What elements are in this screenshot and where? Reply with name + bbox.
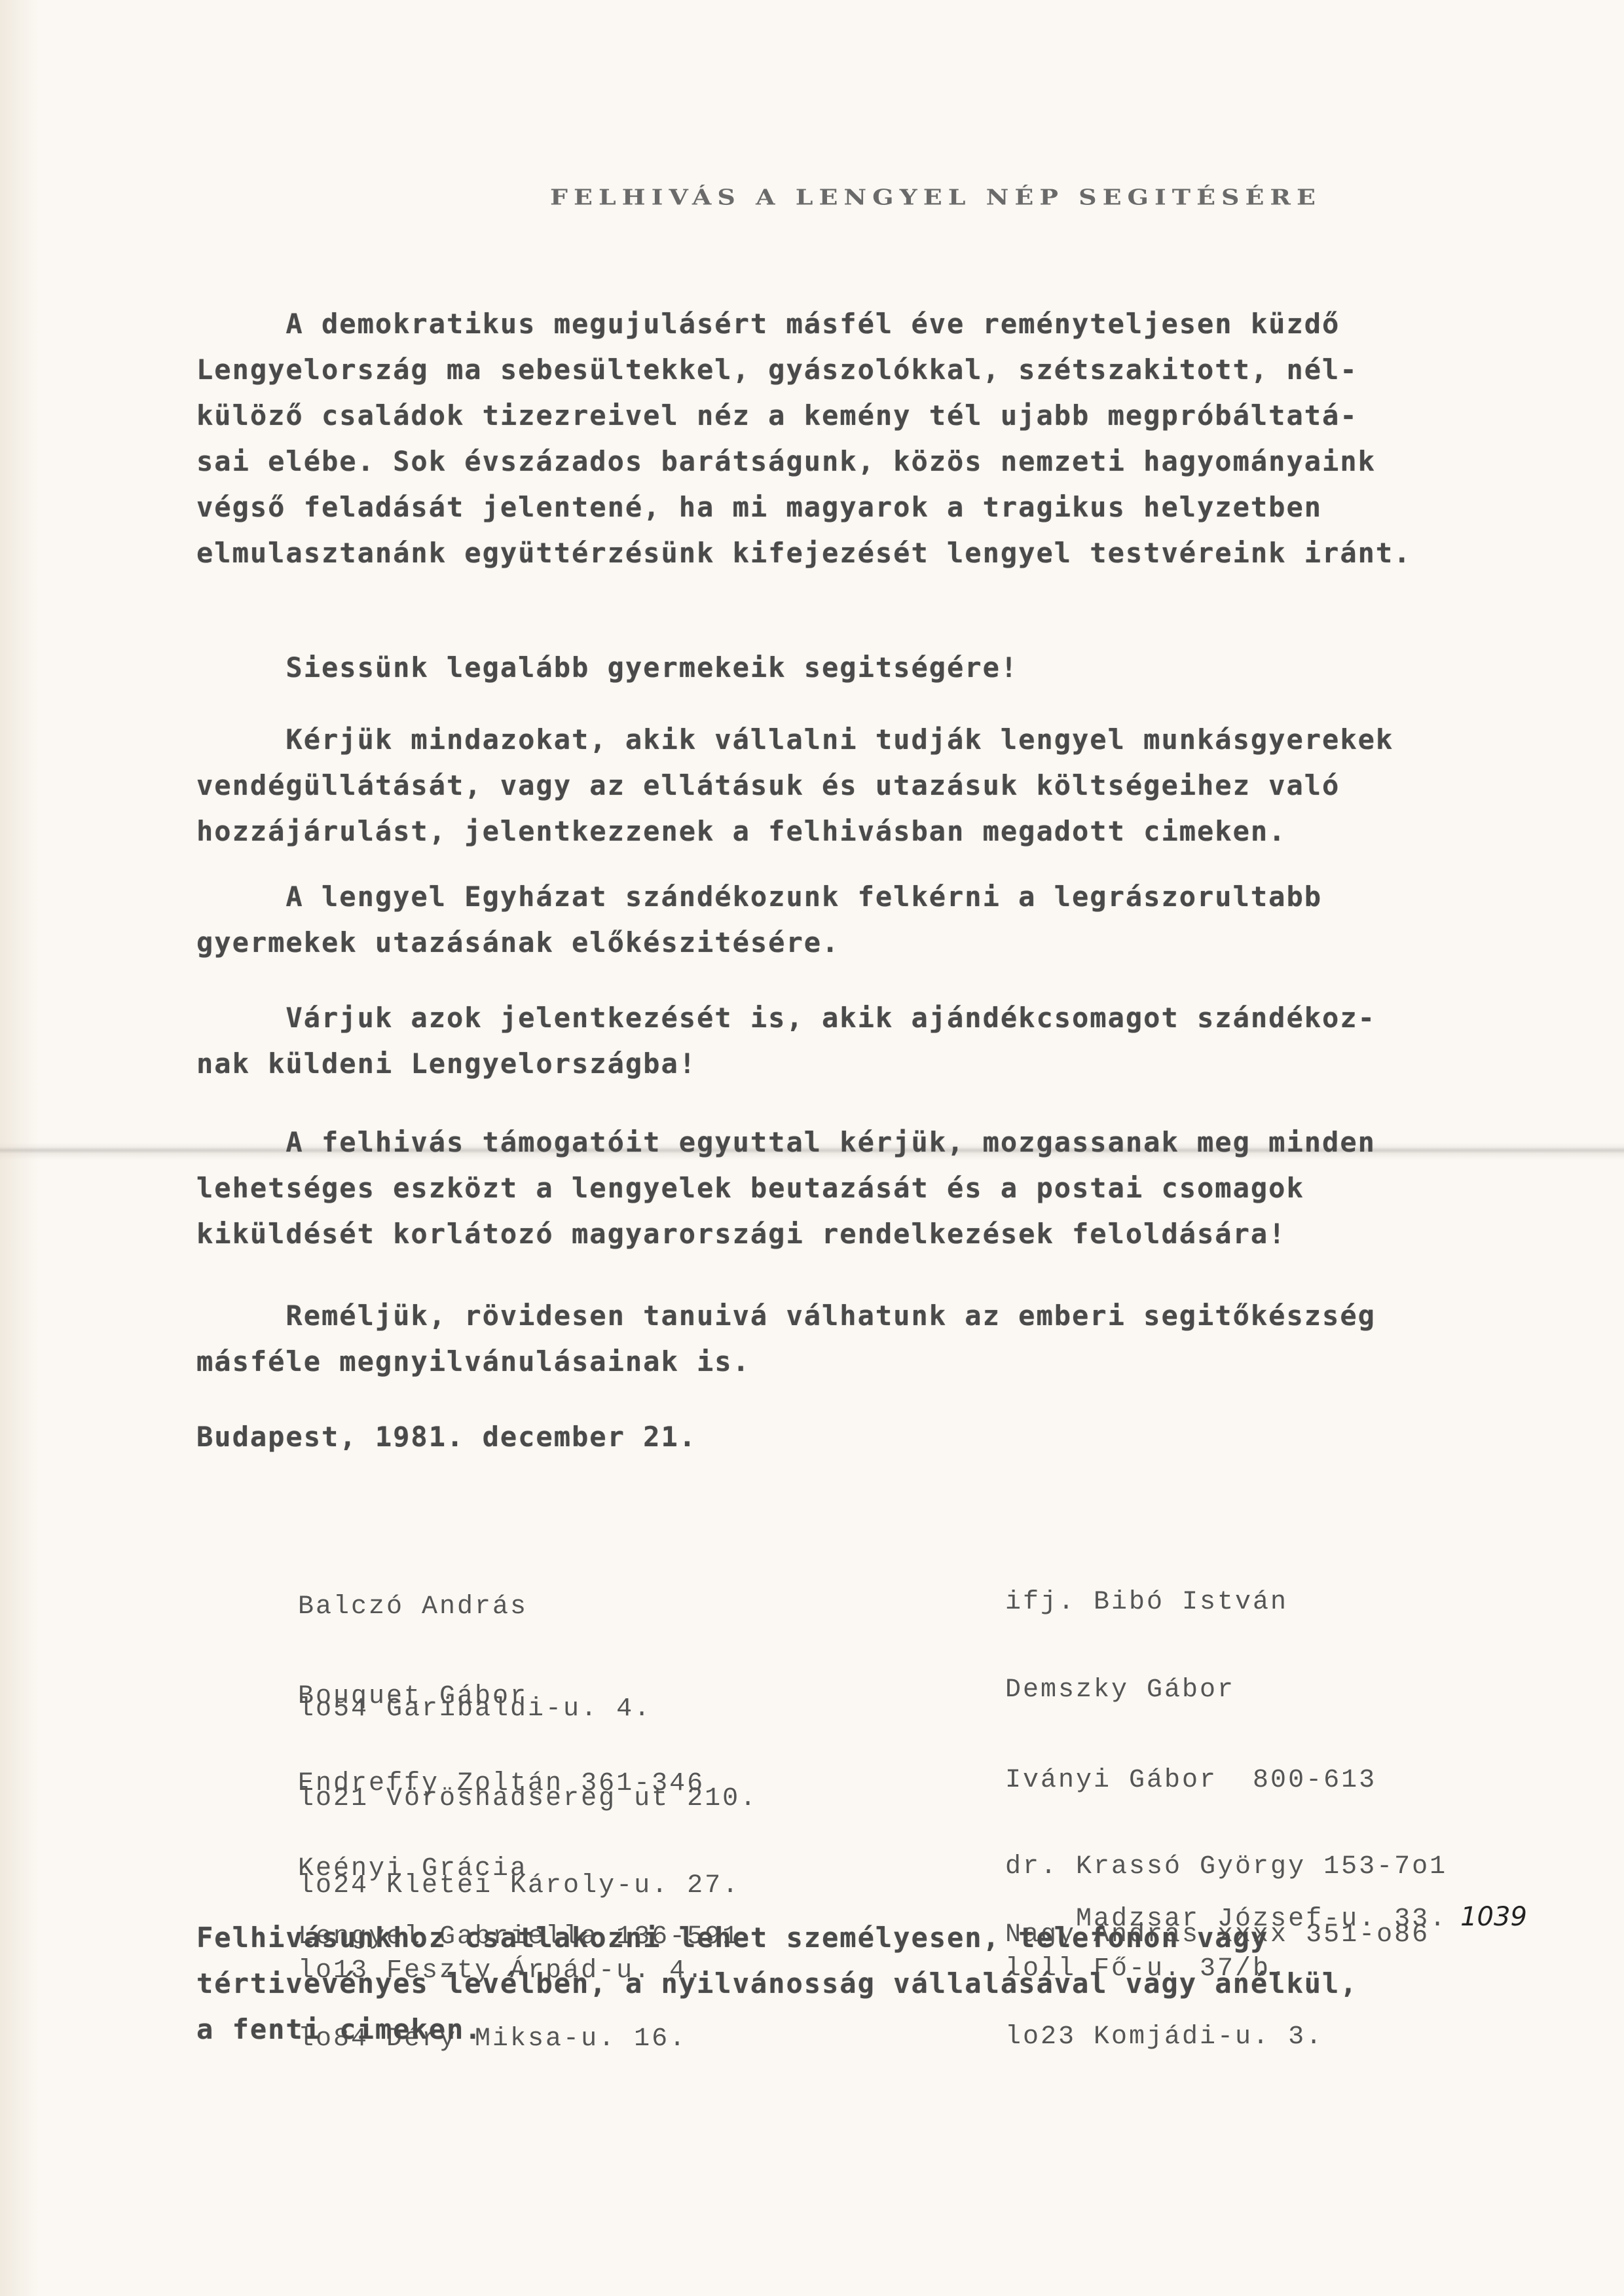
- text-line: A felhivás támogatóit egyuttal kérjük, m…: [196, 1120, 1545, 1165]
- document-title: FELHIVÁS A LENGYEL NÉP SEGITÉSÉRE: [550, 185, 1321, 210]
- text-line: nak küldeni Lengyelországba!: [196, 1041, 1545, 1087]
- text-line: vendégüllátását, vagy az ellátásuk és ut…: [196, 763, 1545, 809]
- text-line: tértivevényes levélben, a nyilvánosság v…: [196, 1961, 1545, 2007]
- text-line: elmulasztanánk együttérzésünk kifejezésé…: [196, 530, 1545, 576]
- text-line: A lengyel Egyházat szándékozunk felkérni…: [196, 874, 1545, 920]
- text-line: végső feladását jelentené, ha mi magyaro…: [196, 484, 1545, 530]
- text-line: Budapest, 1981. december 21.: [196, 1414, 1545, 1460]
- text-line: sai elébe. Sok évszázados barátságunk, k…: [196, 439, 1545, 484]
- paragraph-hope: Reméljük, rövidesen tanuivá válhatunk az…: [196, 1293, 1545, 1385]
- text-line: másféle megnyilvánulásainak is.: [196, 1339, 1545, 1385]
- paragraph-church: A lengyel Egyházat szándékozunk felkérni…: [196, 874, 1545, 966]
- text-line: Lengyelország ma sebesültekkel, gyászoló…: [196, 347, 1545, 393]
- text-line: külöző családok tizezreivel néz a kemény…: [196, 393, 1545, 439]
- paragraph-gift-packages: Várjuk azok jelentkezését is, akik ajánd…: [196, 995, 1545, 1087]
- place-date: Budapest, 1981. december 21.: [196, 1414, 1545, 1460]
- text-line: Reméljük, rövidesen tanuivá válhatunk az…: [196, 1293, 1545, 1339]
- text-line: gyermekek utazásának előkészitésére.: [196, 920, 1545, 966]
- text-line: Siessünk legalább gyermekeik segitségére…: [196, 645, 1545, 691]
- text-line: kiküldését korlátozó magyarországi rende…: [196, 1211, 1545, 1257]
- text-line: hozzájárulást, jelentkezzenek a felhivás…: [196, 809, 1545, 854]
- text-line: Kérjük mindazokat, akik vállalni tudják …: [196, 717, 1545, 763]
- text-line: Várjuk azok jelentkezését is, akik ajánd…: [196, 995, 1545, 1041]
- paragraph-intro: A demokratikus megujulásért másfél éve r…: [196, 301, 1545, 576]
- text-line: Felhivásunkhoz csatlakozni lehet személy…: [196, 1915, 1545, 1961]
- text-line: A demokratikus megujulásért másfél éve r…: [196, 301, 1545, 347]
- closing-note: Felhivásunkhoz csatlakozni lehet személy…: [196, 1915, 1545, 2052]
- text-line: a fenti cimeken.: [196, 2007, 1545, 2052]
- paragraph-restrictions: A felhivás támogatóit egyuttal kérjük, m…: [196, 1120, 1545, 1257]
- paragraph-hosting-request: Kérjük mindazokat, akik vállalni tudják …: [196, 717, 1545, 854]
- paragraph-appeal-children: Siessünk legalább gyermekeik segitségére…: [196, 645, 1545, 691]
- text-line: lehetséges eszközt a lengyelek beutazásá…: [196, 1165, 1545, 1211]
